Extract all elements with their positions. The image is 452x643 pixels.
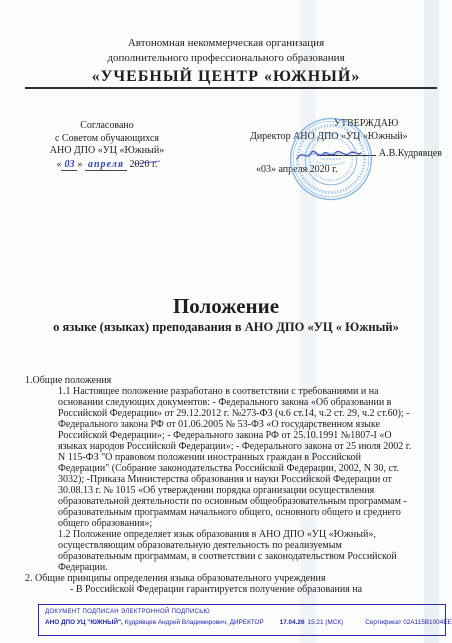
approved-title: УТВЕРЖДАЮ <box>290 117 442 130</box>
document-subtitle: о языке (языках) преподавания в АНО ДПО … <box>0 320 452 335</box>
agreed-block: Согласовано с Советом обучающихся АНО ДП… <box>22 120 192 171</box>
body-section-1-heading: 1.Общие положения <box>25 375 439 386</box>
esignature-statement: ДОКУМЕНТ ПОДПИСАН ЭЛЕКТРОННОЙ ПОДПИСЬЮ <box>45 609 439 615</box>
esignature-signer: Кудрявцев Андрей Владимирович, ДИРЕКТОР <box>125 619 264 626</box>
body-section-2-text: - В Российской Федерации гарантируется п… <box>70 584 439 595</box>
organization-header: Автономная некоммерческая организация до… <box>0 36 452 86</box>
approved-block: УТВЕРЖДАЮ Директор АНО ДПО «УЦ «Южный» А… <box>250 117 442 176</box>
document-body: 1.Общие положения 1.1 Настоящее положени… <box>25 375 439 595</box>
document-page: Автономная некоммерческая организация до… <box>0 0 452 643</box>
agreed-line: с Советом обучающихся <box>22 133 192 146</box>
header-divider <box>25 87 437 89</box>
org-name-line: Автономная некоммерческая организация <box>0 36 452 51</box>
org-title-line: «УЧЕБНЫЙ ЦЕНТР «ЮЖНЫЙ» <box>0 68 452 86</box>
esignature-time: 15:21 (МСК) <box>308 619 344 626</box>
agreed-date: «03» апреля 2020 г. <box>22 159 192 172</box>
agreed-org: АНО ДПО «УЦ «Южный» <box>22 145 192 158</box>
signer-name: А.В.Кудрявцев <box>379 148 442 159</box>
signature-ink <box>294 145 364 165</box>
body-section-2-heading: 2. Общие принципы определения языка обра… <box>25 573 439 584</box>
quote-mark: » <box>77 159 82 170</box>
body-section-1-text: 1.1 Настоящее положение разработано в со… <box>58 386 439 573</box>
org-type-line: дополнительного профессионального образо… <box>0 51 452 66</box>
agreed-title: Согласовано <box>22 120 192 133</box>
certificate-label: Сертификат <box>365 619 401 626</box>
esignature-details: АНО ДПО УЦ "ЮЖНЫЙ", Кудрявцев Андрей Вла… <box>45 619 439 626</box>
handwritten-day: 03 <box>61 159 77 171</box>
esignature-date: 17.04.26 <box>280 619 305 626</box>
approved-director-line: Директор АНО ДПО «УЦ «Южный» <box>250 130 442 143</box>
certificate-number: 02A115B1004EE046BB4561B99993483C5B <box>403 619 452 626</box>
document-title: Положение <box>0 294 452 319</box>
handwritten-month: апреля <box>85 159 127 171</box>
esignature-certificate: Сертификат 02A115B1004EE046BB4561B999934… <box>365 619 452 626</box>
esignature-org: АНО ДПО УЦ "ЮЖНЫЙ", <box>45 619 123 626</box>
esignature-banner: ДОКУМЕНТ ПОДПИСАН ЭЛЕКТРОННОЙ ПОДПИСЬЮ А… <box>38 604 446 636</box>
